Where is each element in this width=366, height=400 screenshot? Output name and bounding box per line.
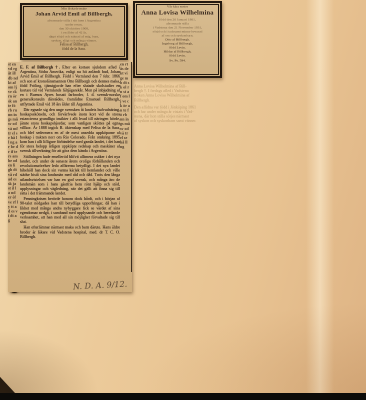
adjacent-column-sliver-left: st en vd rg åt ill db nd kt af om lj ve … [8, 62, 18, 292]
clipping-obituary-article: st en vd rg åt ill db nd kt af om lj ve … [8, 62, 132, 292]
article-paragraph: Han efterlämnar närmast maka och barn dä… [20, 225, 120, 239]
ghost-paragraph: Anna Lovisa Wilhelmina af Bill-bergh †. … [134, 84, 236, 102]
clipping-death-notice-left: Min älskade make Johan Arvid Emil af Bil… [20, 3, 128, 60]
mourner-line: född Levin. [135, 54, 220, 58]
article-intro: Efter en kortare sjukdom afled i Argenti… [20, 65, 120, 106]
article-text-column: E. F. af Billbergh †. Efter en kortare s… [20, 65, 120, 289]
article-paragraph: Där egnade sig den unge svensken åt land… [20, 107, 120, 153]
album-page: Min älskade make Johan Arvid Emil af Bil… [0, 0, 366, 393]
deceased-name: Anna Lovisa Wilhelmina [135, 9, 220, 16]
sliver-text: en rt ås de kt vi ge mb dt sk ol rn st a… [120, 62, 130, 149]
ghost-line: Billbergh. [134, 98, 236, 103]
notice-mourners: Otto af Billbergh.Ingeborg af Billbergh,… [135, 38, 220, 58]
sliver-text: st en vd rg åt ill db nd kt af om lj ve … [8, 62, 18, 223]
article-first-paragraph: E. F. af Billbergh †. Efter en kortare s… [20, 65, 120, 106]
article-paragraphs: Där egnade sig den unge svensken åt land… [20, 107, 120, 239]
ghost-line: af syskon och syskonbarn samt vänner. [134, 119, 236, 124]
deceased-name: Johan Arvid Emil af Billbergh, [22, 11, 126, 17]
notice-signature: Felisa af Billbergh,född de la Sara. [22, 42, 126, 51]
death-notice-left-content: Min älskade make Johan Arvid Emil af Bil… [22, 5, 126, 51]
notice-body-lines: afsomnade stilla i sitt hem i Argentinau… [22, 18, 126, 42]
article-paragraph: Ställningen hade emellertid blifvit allt… [20, 154, 120, 195]
ghost-paragraph: Den aflidna var född i Jönköping 1861och… [134, 105, 236, 123]
paper-crease-highlight [306, 0, 334, 393]
column-rule [131, 62, 133, 272]
pencil-annotation: N. D. A. 9/12. [73, 280, 128, 292]
scrapbook-scan: Min älskade make Johan Arvid Emil af Bil… [0, 0, 366, 400]
clipping-death-notice-right: Vår kära syster Anna Lovisa Wilhelmina f… [133, 1, 222, 78]
article-paragraph: Penningkrisen berörde honom dock hårdt, … [20, 197, 120, 225]
signature-line: född de la Sara. [22, 47, 126, 51]
psalm-reference: Sv. Ps. 594. [135, 59, 220, 63]
show-through-text: Anna Lovisa Wilhelmina af Bill-bergh †. … [134, 84, 236, 168]
page-corner-shadow [0, 370, 15, 393]
adjacent-column-sliver-right: en rt ås de kt vi ge mb dt sk ol rn st a… [120, 62, 130, 222]
death-notice-right-content: Vår kära syster Anna Lovisa Wilhelmina f… [135, 3, 220, 63]
notice-eyebrow: Min älskade make [22, 5, 126, 11]
notice-body-lines: född den 26 Januari 1861,afsomnade still… [135, 17, 220, 37]
